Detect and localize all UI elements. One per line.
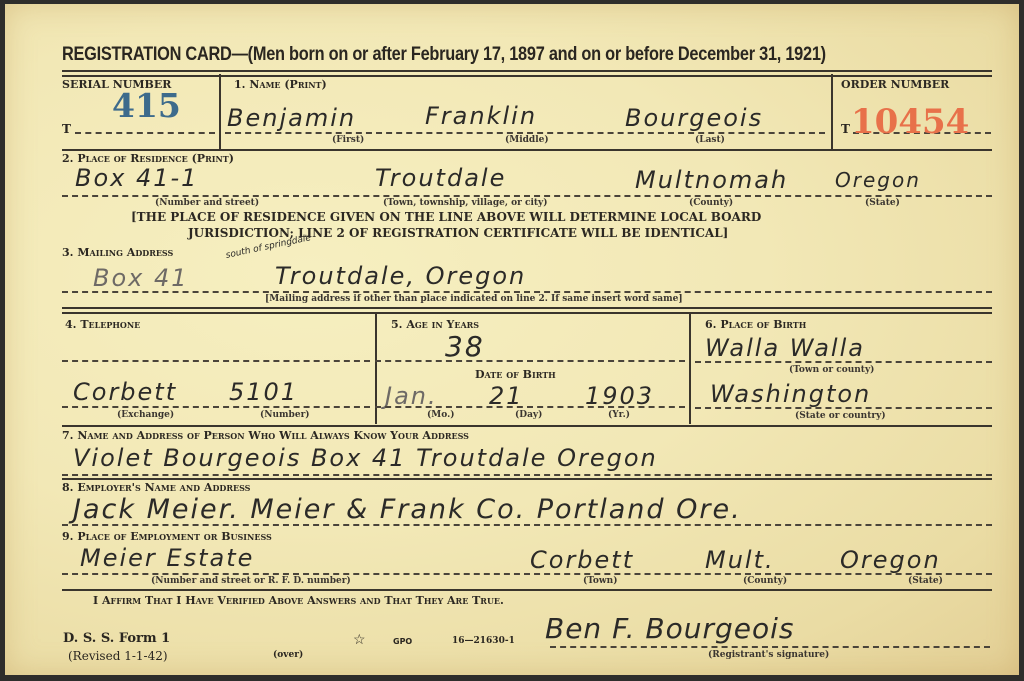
name-last: Bourgeois	[625, 104, 763, 132]
mailing-town: Troutdale, Oregon	[275, 262, 526, 290]
employer-label: 8. Employer's Name and Address	[62, 481, 250, 494]
row-rule	[62, 589, 992, 591]
employment-town: Corbett	[530, 546, 634, 574]
serial-line	[75, 132, 215, 134]
print-code: 16—21630-1	[452, 636, 515, 646]
dob-label: Date of Birth	[475, 368, 556, 381]
caption-emp-street: (Number and street or R. F. D. number)	[151, 576, 351, 586]
name-line	[225, 132, 825, 134]
registration-card: REGISTRATION CARD—(Men born on or after …	[5, 4, 1019, 675]
birthplace-label: 6. Place of Birth	[705, 318, 806, 331]
order-number-value: 10454	[851, 102, 969, 142]
divider	[689, 314, 691, 424]
divider	[831, 74, 833, 149]
residence-notice-line2: JURISDICTION; LINE 2 OF REGISTRATION CER…	[188, 226, 728, 240]
divider	[219, 74, 221, 149]
dob-line	[375, 406, 685, 408]
contact-line	[62, 474, 992, 476]
residence-street: Box 41-1	[75, 164, 198, 192]
card-title: REGISTRATION CARD—(Men born on or after …	[62, 44, 826, 66]
gpo-mark: GPO	[393, 637, 412, 646]
registrant-signature: Ben F. Bourgeois	[545, 612, 794, 645]
order-number-label: ORDER NUMBER	[841, 78, 949, 91]
caption-year: (Yr.)	[608, 410, 630, 420]
caption-county: (County)	[689, 198, 733, 208]
employment-street: Meier Estate	[80, 544, 254, 572]
serial-number-value: 415	[112, 86, 181, 125]
name-middle: Franklin	[425, 102, 537, 130]
telephone-number: 5101	[229, 378, 298, 406]
age-line	[375, 360, 685, 362]
residence-state: Oregon	[835, 168, 921, 192]
caption-number: (Number)	[260, 410, 310, 420]
caption-state: (State)	[865, 198, 900, 208]
employment-line	[62, 573, 992, 575]
employment-county: Mult.	[705, 546, 775, 574]
row-rule	[62, 307, 992, 314]
caption-emp-town: (Town)	[583, 576, 617, 586]
caption-town: (Town, township, village, or city)	[383, 198, 548, 208]
caption-exchange: (Exchange)	[117, 410, 174, 420]
signature-caption: (Registrant's signature)	[708, 650, 829, 660]
star-icon: ☆	[353, 632, 366, 648]
contact-label: 7. Name and Address of Person Who Will A…	[62, 429, 469, 442]
birthplace-line-1	[695, 361, 992, 363]
employment-label: 9. Place of Employment or Business	[62, 530, 272, 543]
age-value: 38	[445, 330, 485, 363]
caption-first: (First)	[332, 135, 364, 145]
residence-notice-line1: [THE PLACE OF RESIDENCE GIVEN ON THE LIN…	[131, 210, 761, 224]
employer-line	[62, 524, 992, 526]
telephone-label: 4. Telephone	[65, 318, 140, 331]
row-rule	[62, 149, 992, 151]
caption-emp-state: (State)	[908, 576, 943, 586]
signature-line	[550, 646, 990, 648]
mailing-line	[62, 291, 992, 293]
caption-birth-state: (State or country)	[795, 411, 886, 421]
contact-value: Violet Bourgeois Box 41 Troutdale Oregon	[73, 444, 658, 472]
caption-day: (Day)	[515, 410, 542, 420]
form-revised: (Revised 1-1-42)	[68, 649, 168, 663]
caption-emp-county: (County)	[743, 576, 787, 586]
name-label: 1. Name (Print)	[234, 78, 327, 91]
caption-birth-town: (Town or county)	[789, 365, 874, 375]
caption-middle: (Middle)	[505, 135, 549, 145]
over-note: (over)	[273, 650, 303, 660]
telephone-line-1	[62, 360, 370, 362]
birthplace-town: Walla Walla	[705, 334, 865, 362]
mailing-caption: [Mailing address if other than place ind…	[265, 294, 683, 304]
mailing-box: Box 41	[93, 264, 189, 292]
residence-line	[62, 195, 992, 197]
name-first: Benjamin	[227, 104, 356, 132]
form-number: D. S. S. Form 1	[63, 631, 170, 646]
employment-state: Oregon	[840, 546, 941, 574]
caption-last: (Last)	[695, 135, 725, 145]
affirmation-text: I Affirm That I Have Verified Above Answ…	[93, 594, 504, 607]
residence-town: Troutdale	[375, 164, 506, 192]
birthplace-line-2	[695, 407, 992, 409]
serial-prefix: T	[62, 122, 71, 136]
residence-county: Multnomah	[635, 166, 788, 194]
telephone-exchange: Corbett	[73, 378, 177, 406]
order-prefix: T	[841, 122, 850, 136]
telephone-line-2	[62, 406, 370, 408]
birthplace-state: Washington	[710, 380, 871, 408]
title-rule	[62, 70, 992, 77]
employer-value: Jack Meier. Meier & Frank Co. Portland O…	[73, 494, 742, 525]
mailing-label: 3. Mailing Address	[62, 246, 173, 259]
row-rule	[62, 478, 992, 480]
caption-street: (Number and street)	[155, 198, 259, 208]
row-rule	[62, 425, 992, 427]
caption-month: (Mo.)	[427, 410, 454, 420]
